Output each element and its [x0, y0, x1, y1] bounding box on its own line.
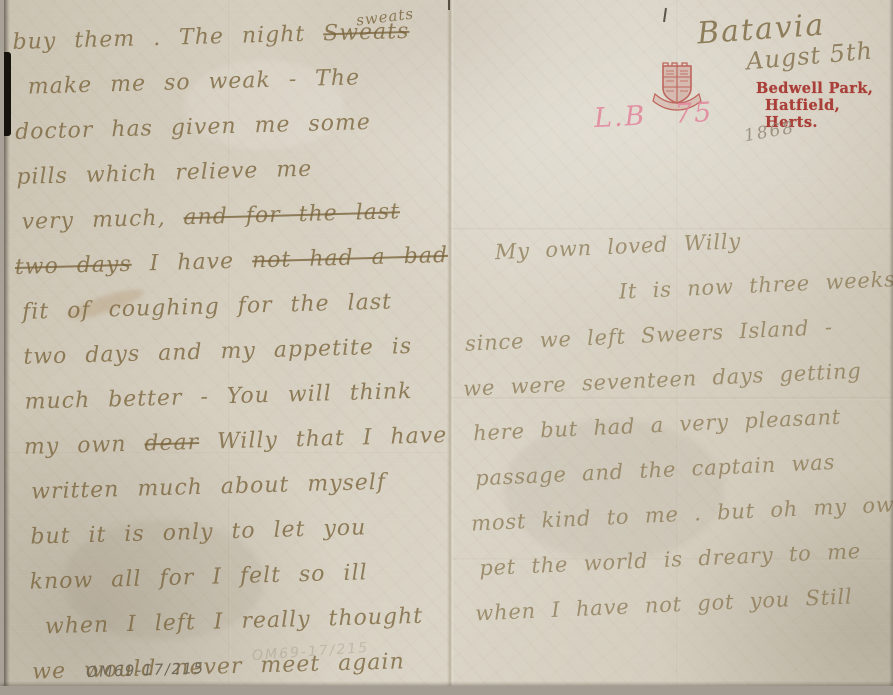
handwriting-text: Willy that I have: [199, 423, 448, 455]
fold-tick-mark: [448, 0, 450, 10]
handwriting-text: very much,: [21, 205, 184, 235]
struck-text: not had a bad: [252, 243, 449, 273]
scan-edge-bottom: [0, 686, 893, 695]
handwriting-text: here but had a very pleasant: [473, 405, 842, 446]
handwriting-text: much better - You will think: [24, 379, 412, 415]
struck-text: and for the last: [183, 199, 400, 230]
handwriting-text: but it is only to let you: [30, 515, 367, 549]
handwriting-text: buy them . The night: [12, 21, 323, 55]
scan-edge-right: [889, 0, 893, 688]
handwriting-text: we were seventeen days getting: [463, 359, 863, 401]
scanned-letter-screenshot: buy them . The night Sweatsmake me so we…: [0, 0, 893, 695]
handwriting-text: my own: [24, 431, 145, 459]
left-page-text: buy them . The night Sweatsmake me so we…: [12, 8, 467, 695]
handwriting-text: pills which relieve me: [16, 157, 313, 190]
struck-text: dear: [144, 430, 199, 457]
scan-edge-notch: [4, 52, 11, 136]
handwriting-text: know all for I felt so ill: [29, 560, 368, 594]
pencil-year-note: 1868: [743, 118, 797, 147]
handwriting-text: since we left Sweers Island -: [465, 315, 834, 356]
handwriting-text: passage and the captain was: [475, 450, 836, 490]
handwriting-text: pet the world is dreary to me: [479, 539, 862, 580]
handwriting-text: fit of coughing for the last: [22, 290, 392, 325]
handwriting-text: make me so weak - The: [28, 65, 361, 99]
handwriting-text: two days and my appetite is: [23, 334, 412, 370]
fold-tick-mark: [663, 8, 667, 22]
handwriting-text: when I left I really thought: [45, 604, 424, 640]
handwriting-text: when I have not got you Still: [475, 584, 853, 625]
letterhead-line1: Bedwell Park,: [756, 80, 893, 97]
handwriting-text: written much about myself: [31, 470, 387, 505]
handwriting-text: It is now three weeks: [618, 267, 893, 304]
archivist-reference-mark: L.B 75: [593, 97, 714, 134]
right-page-text: My own loved WillyIt is now three weekss…: [456, 212, 893, 637]
handwriting-text: My own loved Willy: [494, 229, 741, 264]
handwriting-text: most kind to me . but oh my own: [471, 492, 893, 536]
struck-text: two days: [15, 252, 132, 280]
letter-paper: buy them . The night Sweatsmake me so we…: [4, 0, 893, 688]
handwriting-text: I have: [131, 248, 252, 276]
handwriting-text: doctor has given me some: [15, 110, 371, 145]
